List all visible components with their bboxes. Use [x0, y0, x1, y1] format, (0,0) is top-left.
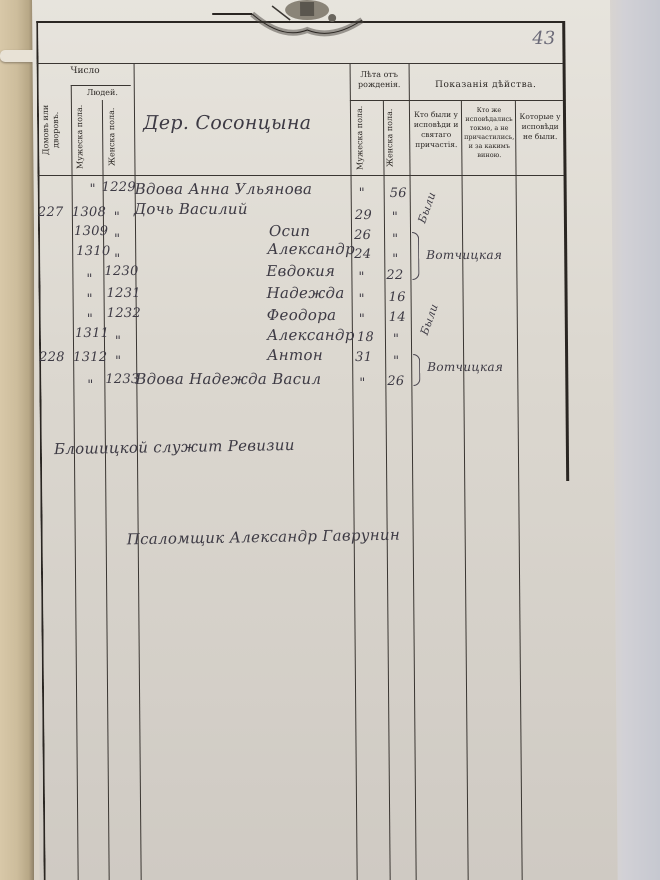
row-9-age-f: 26	[387, 374, 404, 389]
row-5-female-no: 1231	[106, 286, 140, 301]
annotation-brace-1: Вотчицкая	[426, 248, 502, 262]
col-line-6	[409, 63, 417, 880]
row-6-age-f: 14	[389, 310, 406, 325]
imperial-crest-icon	[212, 0, 402, 44]
row-9-name: Вдова Надежда Васил	[135, 370, 321, 388]
row-3-male-no: 1310	[76, 244, 110, 259]
header-age-group: Лѣта отъ рожденія.	[350, 70, 409, 90]
annotation-brace-2: Вотчицкая	[427, 360, 503, 374]
row-7-male-no: 1311	[75, 326, 109, 341]
row-4-male-no: "	[86, 272, 92, 287]
header-confessed-communed: Кто были у исповѣди и святаго причастія.	[411, 110, 461, 150]
row-6-female-no: 1232	[107, 306, 141, 321]
row-8-age-m: 31	[355, 350, 372, 365]
footer-note: Блошицкой служит Ревизии	[54, 436, 295, 458]
row-2-age-m: 26	[354, 228, 371, 243]
header-confession-group: Показанія дѣйства.	[409, 80, 563, 90]
row-9-age-m: "	[359, 376, 365, 391]
row-5-age-f: 16	[389, 290, 406, 305]
annotation-vertical-1: Были	[415, 183, 441, 225]
brace-1-icon	[412, 232, 419, 280]
frame-right-rule	[562, 21, 569, 481]
page-number: 43	[532, 28, 555, 49]
header-households: Домовъ или дворовъ.	[41, 88, 70, 172]
row-0-age-m: "	[359, 186, 365, 201]
row-5-age-m: "	[359, 292, 365, 307]
row-8-age-f: "	[393, 354, 399, 369]
row-9-male-no: "	[87, 378, 93, 393]
col-line-4	[350, 63, 358, 880]
row-4-female-no: 1230	[104, 264, 138, 279]
row-2-age-f: "	[392, 232, 398, 247]
row-3-age-f: "	[392, 252, 398, 267]
row-2-female-no: "	[114, 232, 120, 247]
col-line-8	[515, 100, 523, 880]
row-5-name: Надежда	[266, 284, 344, 302]
row-7-name: Александр	[267, 326, 355, 344]
row-7-female-no: "	[115, 334, 121, 349]
people-group-rule	[71, 85, 131, 86]
row-4-age-f: 22	[386, 268, 403, 283]
header-top-rule	[37, 63, 563, 64]
row-7-age-m: 18	[357, 330, 374, 345]
row-8-male-no: 1312	[73, 350, 107, 365]
row-5-male-no: "	[87, 292, 93, 307]
age-group-rule	[350, 100, 563, 101]
parish-heading: Дер. Сосонцына	[143, 112, 311, 134]
row-0-male-no: "	[90, 182, 96, 197]
header-age-female: Женска пола.	[385, 104, 410, 172]
row-3-name: Александр	[267, 240, 355, 258]
row-8-female-no: "	[115, 354, 121, 369]
row-8-household: 228	[39, 350, 65, 365]
row-1-female-no: "	[114, 210, 120, 225]
row-2-name: Осип	[269, 222, 310, 240]
header-number-group: Число	[37, 66, 134, 76]
row-6-name: Феодора	[267, 306, 337, 324]
row-2-male-no: 1309	[74, 224, 108, 239]
row-1-age-f: "	[392, 210, 398, 225]
header-confessed-not-communed: Кто же исповѣдались токмо, а не причасти…	[463, 106, 515, 160]
row-1-household: 227	[38, 205, 64, 220]
header-people-group: Людей.	[71, 88, 134, 98]
row-6-age-m: "	[359, 312, 365, 327]
header-not-confessed: Которые у исповѣди не были.	[517, 112, 563, 142]
signature: Псаломщик Александр Гаврунин	[126, 526, 400, 549]
header-male: Мужеска пола.	[75, 102, 100, 172]
col-line-5	[383, 100, 391, 880]
row-8-name: Антон	[267, 346, 323, 364]
annotation-vertical-2: Были	[418, 291, 445, 337]
row-1-name: Дочь Василий	[134, 200, 248, 218]
col-line-7	[461, 100, 469, 880]
row-0-name: Вдова Анна Ульянова	[135, 180, 313, 198]
register-page: 43 Число Домовъ или дворовъ. Людей. Муже…	[32, 0, 618, 880]
brace-2-icon	[413, 354, 420, 386]
row-1-male-no: 1308	[72, 205, 106, 220]
header-female: Женска пола.	[107, 102, 132, 172]
row-3-age-m: 24	[354, 247, 371, 262]
row-0-female-no: 1229	[102, 180, 136, 195]
row-1-age-m: 29	[355, 208, 372, 223]
row-4-age-m: "	[358, 270, 364, 285]
header-age-male: Мужеска пола.	[355, 104, 380, 172]
header-bottom-rule	[38, 175, 564, 176]
row-0-age-f: 56	[390, 186, 407, 201]
left-page-edge	[0, 0, 34, 880]
row-7-age-f: "	[393, 332, 399, 347]
row-6-male-no: "	[87, 312, 93, 327]
row-4-name: Евдокия	[266, 262, 335, 280]
